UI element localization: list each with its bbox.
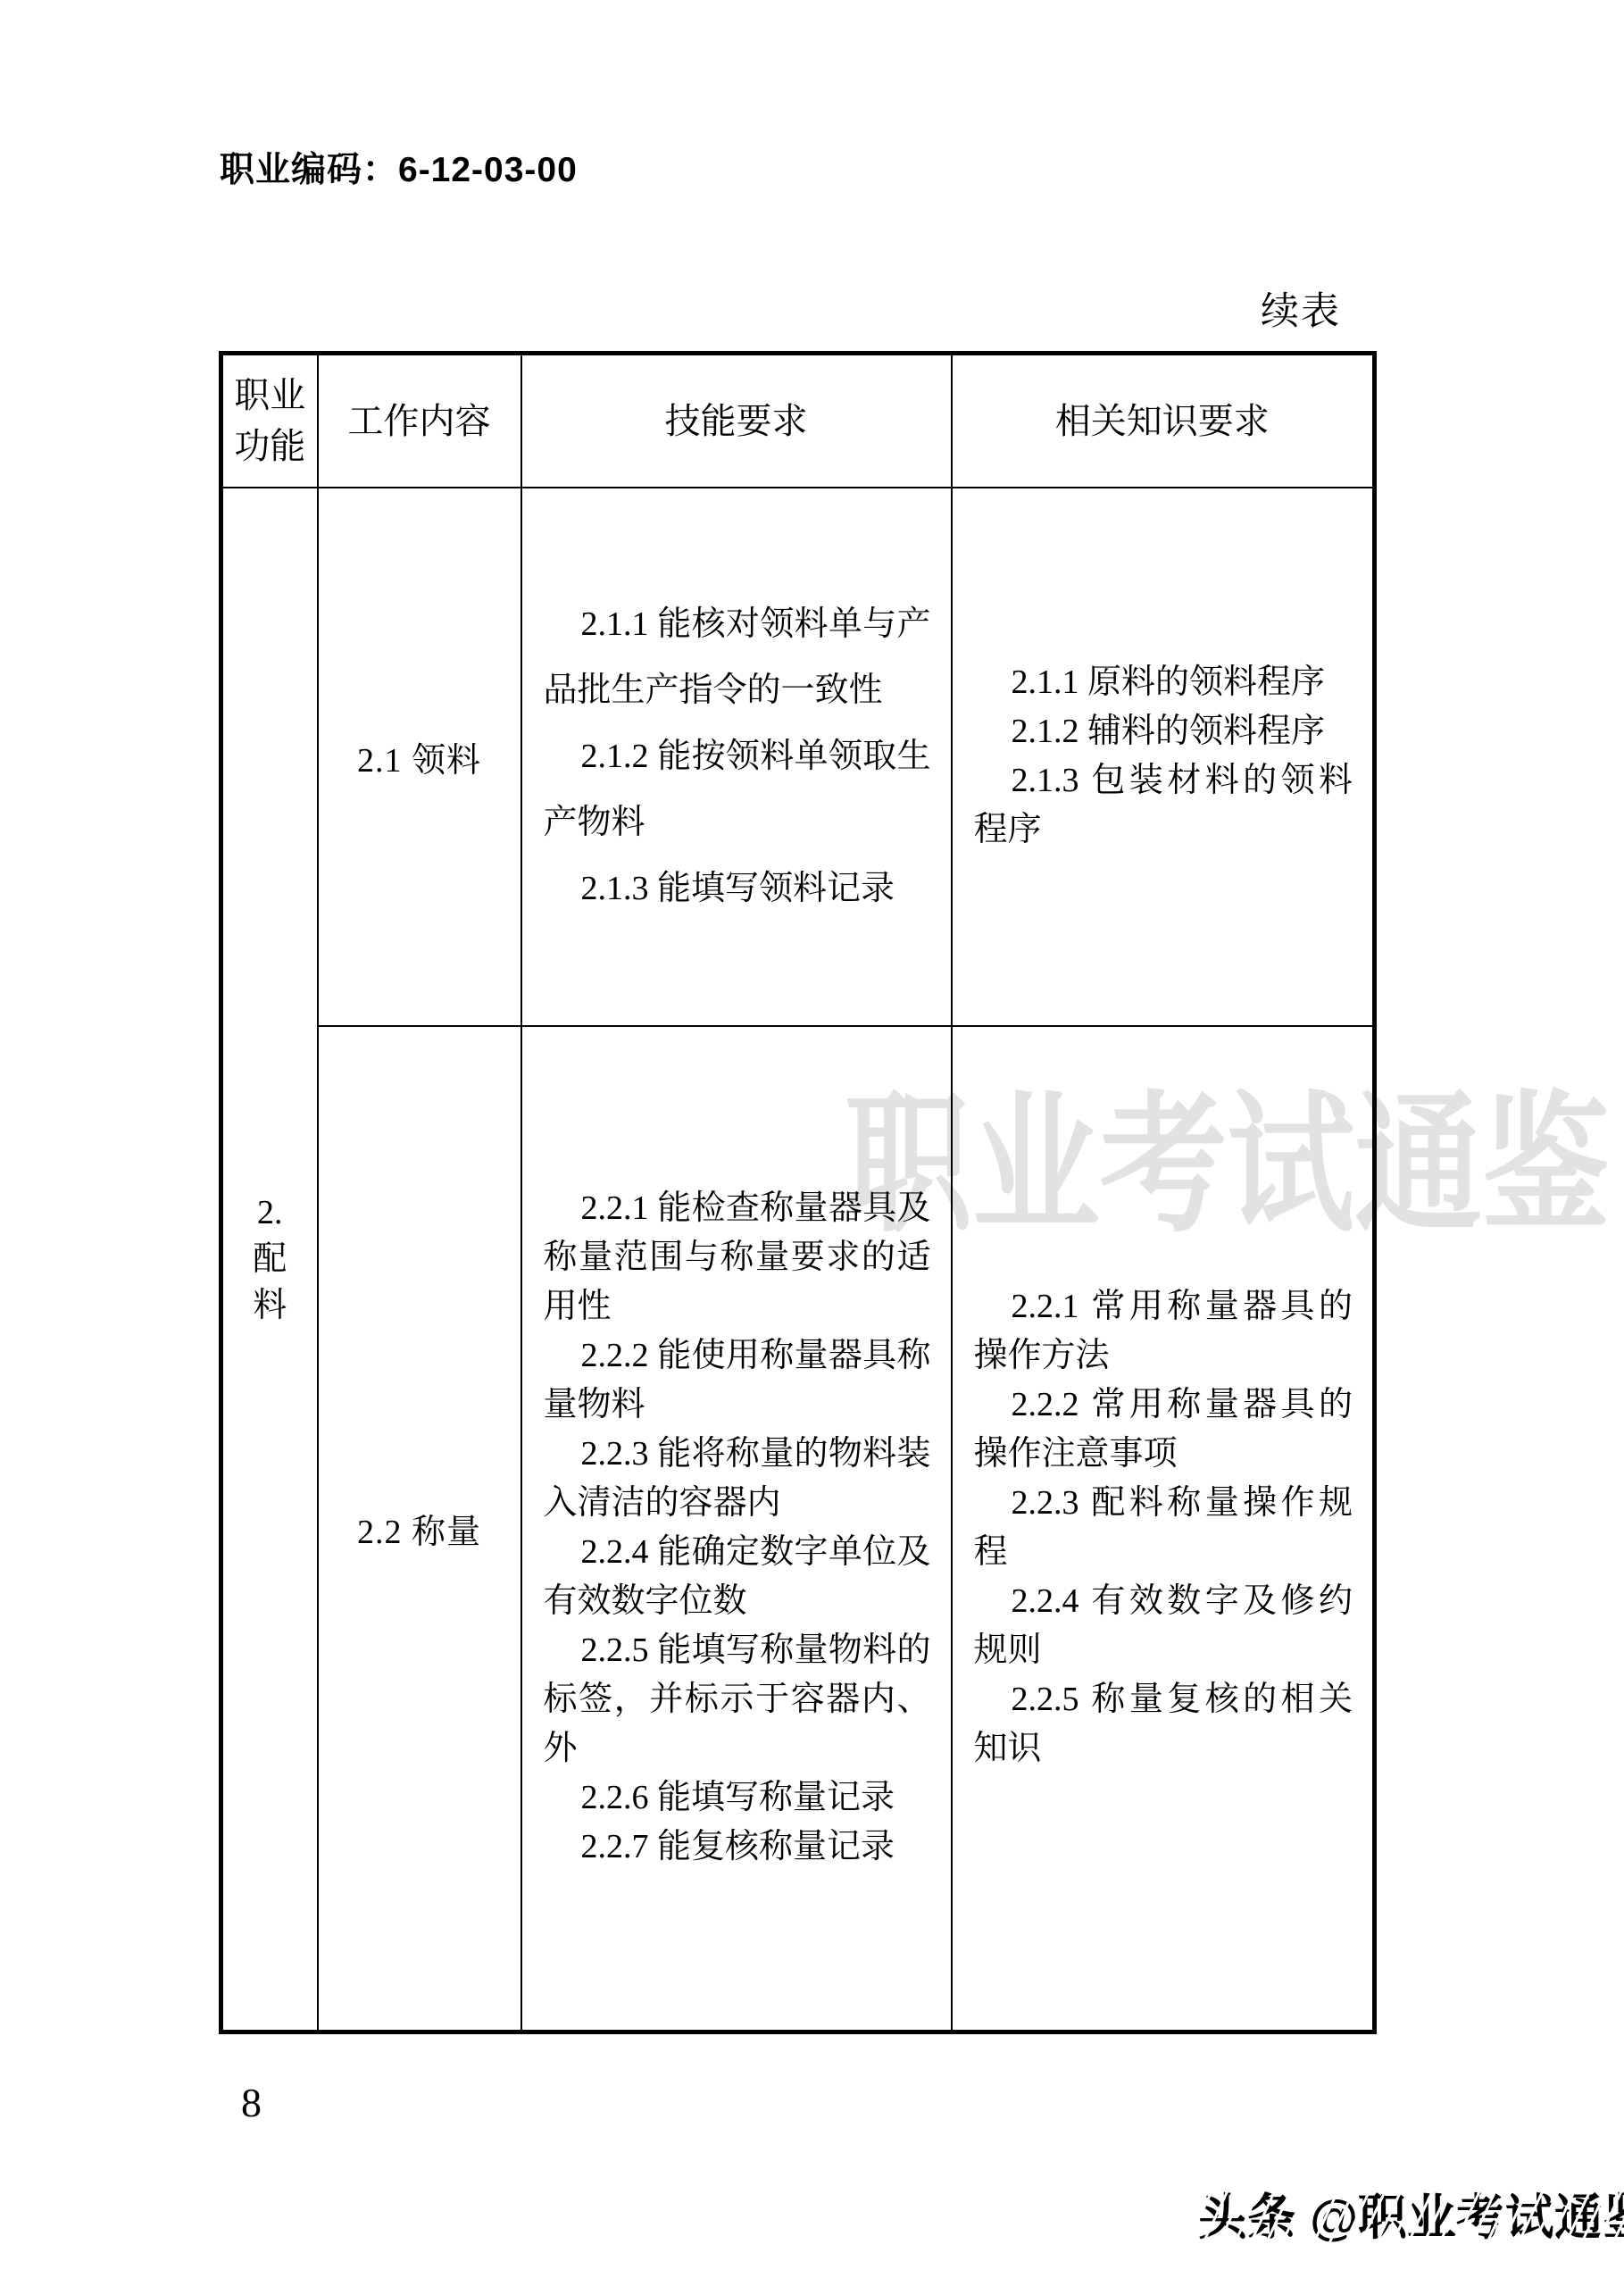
knowledge-item: 2.2.1 常用称量器具的操作方法	[974, 1282, 1353, 1381]
header-knowledge-requirements-label: 相关知识要求	[1055, 396, 1270, 446]
footer-brand-watermark: 头条 @职业考试通鉴	[1198, 2190, 1624, 2245]
knowledge-item: 2.2.2 常用称量器具的操作注意事项	[974, 1381, 1353, 1479]
header-knowledge-requirements: 相关知识要求	[952, 354, 1375, 488]
knowledge-item: 2.2.5 称量复核的相关知识	[974, 1675, 1353, 1773]
header-occupational-function-label: 职业功能	[229, 370, 311, 471]
header-work-content: 工作内容	[318, 354, 521, 488]
header-skill-requirements-label: 技能要求	[665, 396, 808, 446]
skill-item: 2.2.6 能填写称量记录	[544, 1773, 931, 1823]
occupation-code-label: 职业编码：6-12-03-00	[220, 150, 578, 191]
skill-item: 2.1.3 能填写领料记录	[544, 855, 931, 922]
cell-knowledge-2-1: 2.1.1 原料的领料程序 2.1.2 辅料的领料程序 2.1.3 包装材料的领…	[952, 488, 1375, 1026]
document-page: 职业编码：6-12-03-00 续表 职业考试通鉴 职业功能 工作内容 技能要求…	[0, 0, 1624, 2278]
cell-work-content-2-2: 2.2 称量	[318, 1026, 521, 2032]
cell-work-content-2-1: 2.1 领料	[318, 488, 521, 1026]
table-header-row: 职业功能 工作内容 技能要求 相关知识要求	[221, 354, 1375, 488]
header-skill-requirements: 技能要求	[521, 354, 952, 488]
skills-2-2-paragraphs: 2.2.1 能检查称量器具及称量范围与称量要求的适用性 2.2.2 能使用称量器…	[522, 1184, 951, 1872]
page-number: 8	[241, 2081, 262, 2125]
skill-item: 2.2.4 能确定数字单位及有效数字位数	[544, 1528, 931, 1626]
skill-item: 2.2.2 能使用称量器具称量物料	[544, 1331, 931, 1430]
knowledge-item: 2.2.3 配料称量操作规程	[974, 1479, 1353, 1577]
knowledge-item: 2.1.1 原料的领料程序	[974, 658, 1353, 707]
knowledge-item: 2.1.2 辅料的领料程序	[974, 707, 1353, 756]
knowledge-item: 2.1.3 包装材料的领料程序	[974, 756, 1353, 855]
skill-item: 2.1.2 能按领料单领取生产物料	[544, 723, 931, 855]
work-content-2-1-label: 2.1 领料	[357, 742, 481, 780]
skill-item: 2.2.3 能将称量的物料装入清洁的容器内	[544, 1430, 931, 1528]
cell-skills-2-2: 2.2.1 能检查称量器具及称量范围与称量要求的适用性 2.2.2 能使用称量器…	[521, 1026, 952, 2032]
table-row: 2. 配料 2.1 领料 2.1.1 能核对领料单与产品批生产指令的一致性 2.…	[221, 488, 1375, 1026]
header-work-content-label: 工作内容	[348, 396, 491, 446]
skill-item: 2.1.1 能核对领料单与产品批生产指令的一致性	[544, 591, 931, 723]
table-row: 2.2 称量 2.2.1 能检查称量器具及称量范围与称量要求的适用性 2.2.2…	[221, 1026, 1375, 2032]
knowledge-2-2-paragraphs: 2.2.1 常用称量器具的操作方法 2.2.2 常用称量器具的操作注意事项 2.…	[953, 1282, 1373, 1773]
skill-item: 2.2.7 能复核称量记录	[544, 1823, 931, 1872]
header-occupational-function: 职业功能	[221, 354, 318, 488]
knowledge-2-1-paragraphs: 2.1.1 原料的领料程序 2.1.2 辅料的领料程序 2.1.3 包装材料的领…	[953, 658, 1373, 855]
skill-item: 2.2.1 能检查称量器具及称量范围与称量要求的适用性	[544, 1184, 931, 1331]
knowledge-item: 2.2.4 有效数字及修约规则	[974, 1577, 1353, 1675]
continued-table-label: 续表	[1261, 291, 1341, 334]
work-content-2-2-label: 2.2 称量	[357, 1514, 481, 1551]
skills-2-1-paragraphs: 2.1.1 能核对领料单与产品批生产指令的一致性 2.1.2 能按领料单领取生产…	[522, 591, 951, 922]
cell-function-group: 2. 配料	[221, 488, 318, 2032]
function-group-label: 2. 配料	[248, 1189, 291, 1329]
skill-requirements-table: 职业功能 工作内容 技能要求 相关知识要求 2. 配料 2.1 领料 2.1.1…	[219, 351, 1377, 2034]
cell-knowledge-2-2: 2.2.1 常用称量器具的操作方法 2.2.2 常用称量器具的操作注意事项 2.…	[952, 1026, 1375, 2032]
cell-skills-2-1: 2.1.1 能核对领料单与产品批生产指令的一致性 2.1.2 能按领料单领取生产…	[521, 488, 952, 1026]
skill-item: 2.2.5 能填写称量物料的标签，并标示于容器内、外	[544, 1626, 931, 1773]
